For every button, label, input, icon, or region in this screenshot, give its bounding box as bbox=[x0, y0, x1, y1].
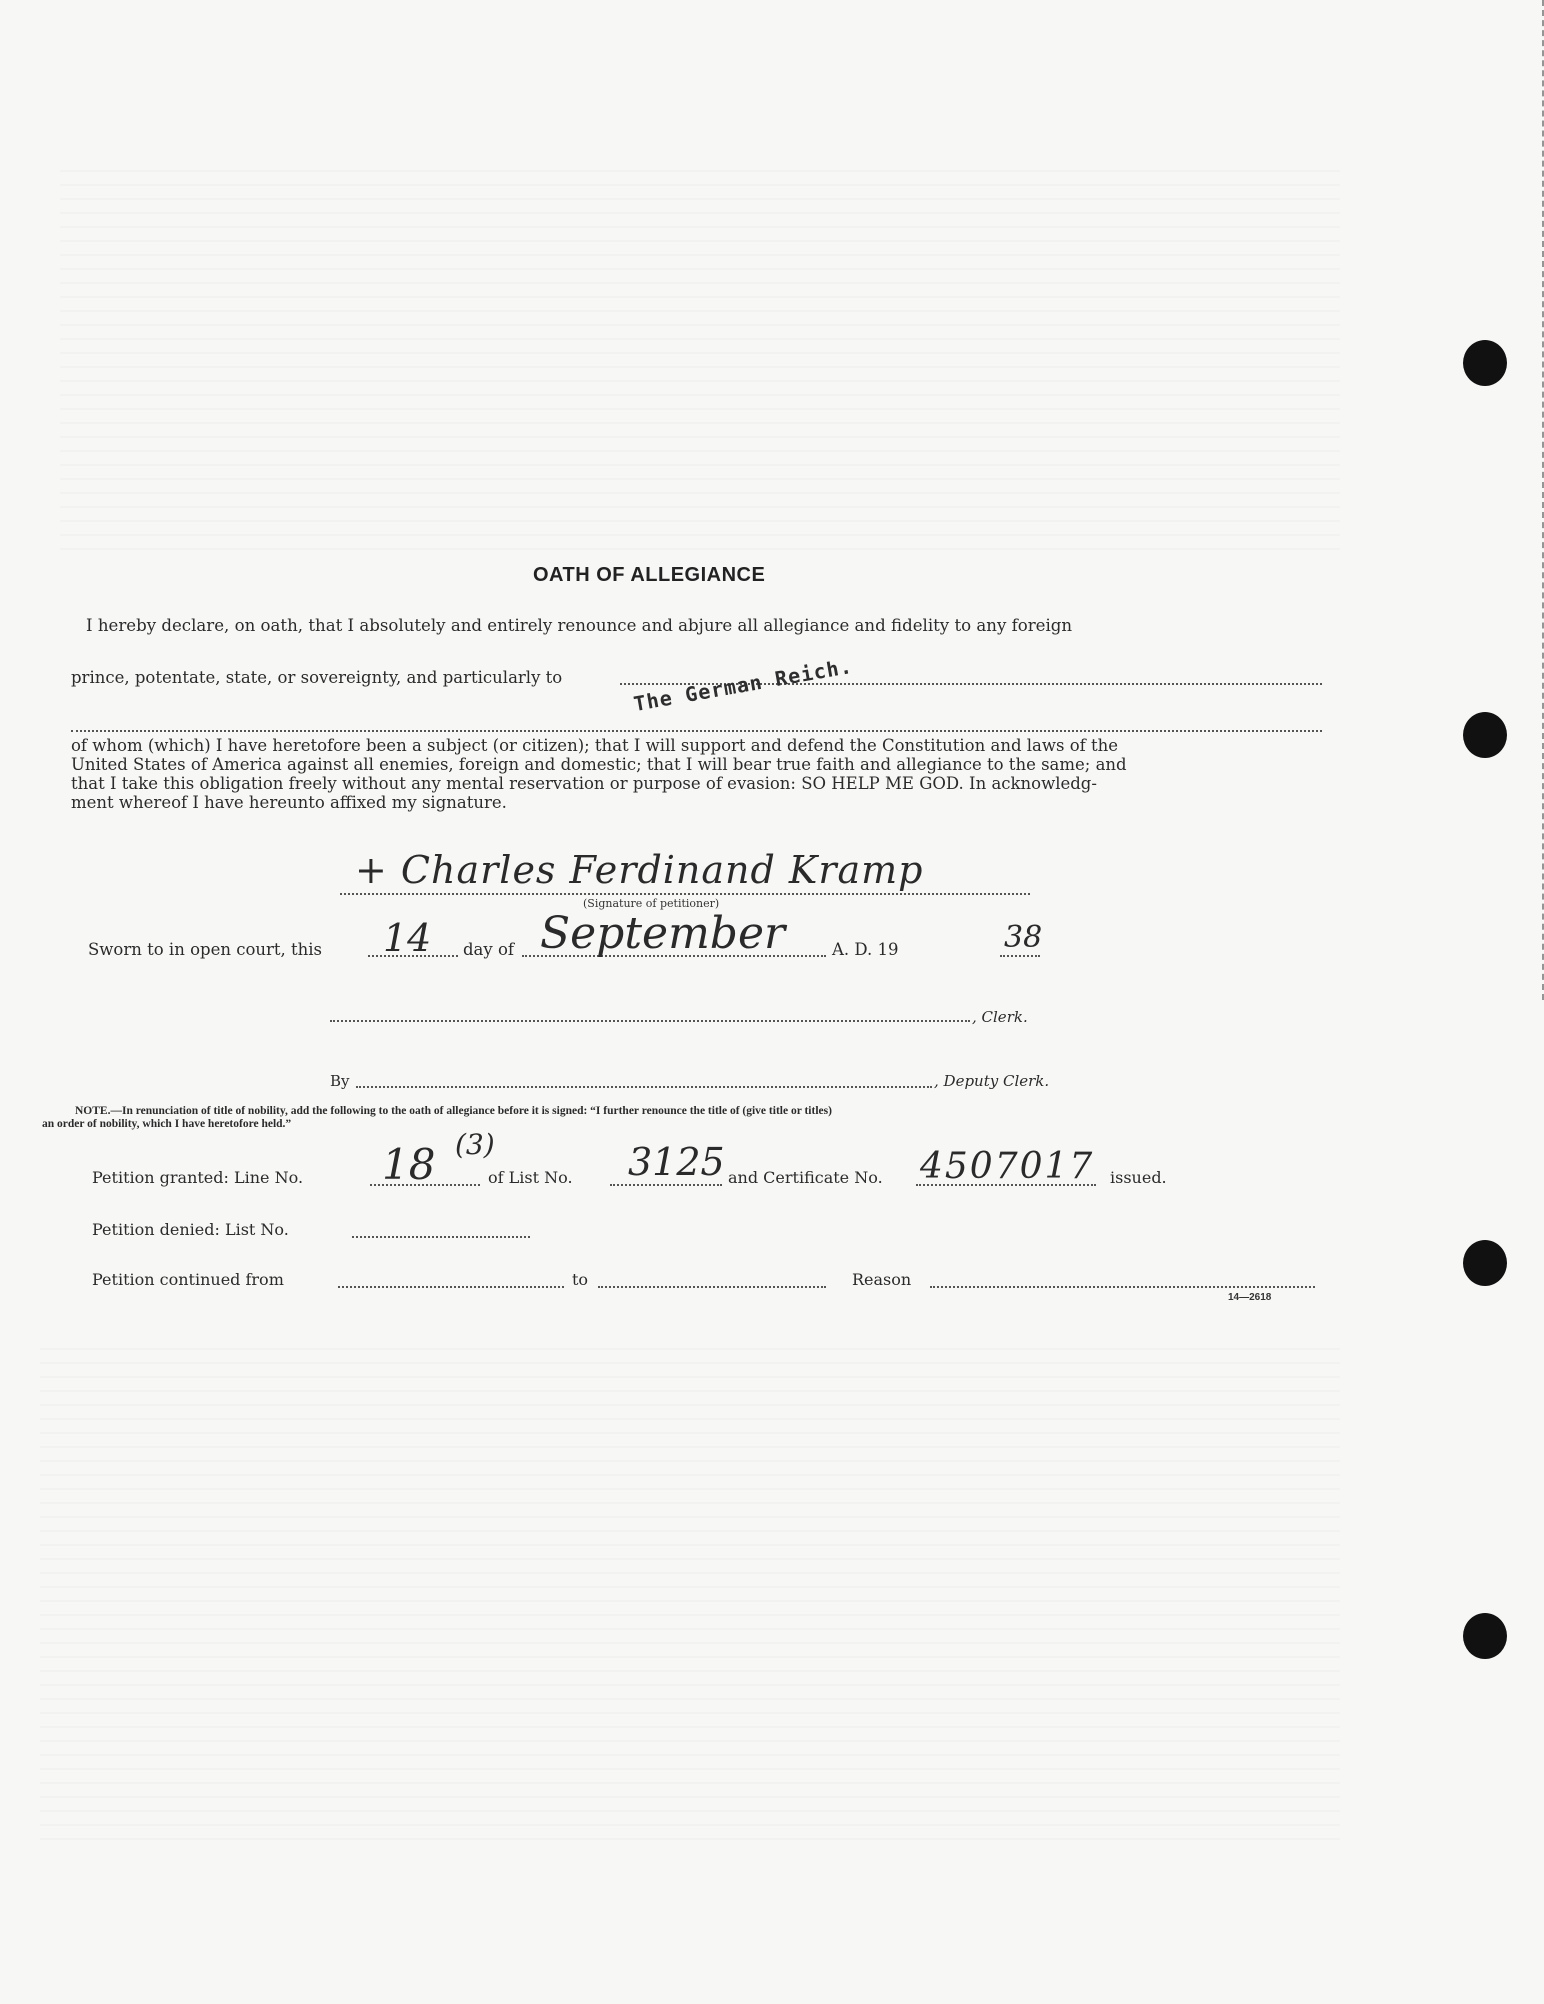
certificate-no-label: and Certificate No. bbox=[728, 1168, 883, 1187]
oath-paragraph-2-line: United States of America against all ene… bbox=[71, 755, 1127, 774]
continued-from-field bbox=[338, 1286, 564, 1288]
punch-hole bbox=[1463, 712, 1507, 758]
list-no-field bbox=[610, 1184, 722, 1186]
nobility-note-line-2: an order of nobility, which I have heret… bbox=[42, 1118, 291, 1131]
sworn-day: 14 bbox=[383, 916, 431, 960]
petition-granted-label: Petition granted: Line No. bbox=[92, 1168, 303, 1187]
certificate-no-value: 4507017 bbox=[920, 1146, 1094, 1187]
form-number: 14—2618 bbox=[1228, 1292, 1271, 1303]
continued-to-label: to bbox=[572, 1270, 588, 1289]
petition-continued-label: Petition continued from bbox=[92, 1270, 284, 1289]
sworn-month: September bbox=[540, 908, 785, 959]
bleed-through-bottom bbox=[40, 1340, 1340, 1840]
day-of-label: day of bbox=[463, 940, 514, 959]
list-no-value: 3125 bbox=[628, 1140, 725, 1184]
oath-paragraph-2: of whom (which) I have heretofore been a… bbox=[71, 736, 1127, 812]
sovereign-field-line-2 bbox=[71, 730, 1322, 732]
sworn-year-suffix: 38 bbox=[1004, 920, 1042, 955]
by-label: By bbox=[330, 1072, 350, 1091]
continued-to-field bbox=[598, 1286, 826, 1288]
signature-line bbox=[340, 893, 1030, 895]
reason-field bbox=[930, 1286, 1315, 1288]
punch-hole bbox=[1463, 1240, 1507, 1286]
punch-hole bbox=[1463, 340, 1507, 386]
oath-paragraph-2-line: of whom (which) I have heretofore been a… bbox=[71, 736, 1127, 755]
clerk-label: , Clerk. bbox=[972, 1008, 1028, 1027]
oath-line-1: I hereby declare, on oath, that I absolu… bbox=[86, 616, 1072, 635]
page-edge bbox=[1538, 0, 1544, 1000]
issued-label: issued. bbox=[1110, 1168, 1167, 1187]
oath-line-2: prince, potentate, state, or sovereignty… bbox=[71, 668, 562, 687]
deputy-clerk-line bbox=[356, 1086, 932, 1088]
line-no-value: 18 bbox=[382, 1140, 435, 1189]
petition-denied-label: Petition denied: List No. bbox=[92, 1220, 289, 1239]
ad-label: A. D. 19 bbox=[832, 940, 899, 959]
sworn-prefix: Sworn to in open court, this bbox=[88, 940, 322, 959]
page-title: OATH OF ALLEGIANCE bbox=[533, 564, 765, 587]
bleed-through-top bbox=[60, 170, 1340, 550]
deputy-clerk-label: , Deputy Clerk. bbox=[934, 1072, 1049, 1091]
year-field-line bbox=[1000, 955, 1040, 957]
oath-paragraph-2-line: ment whereof I have hereunto affixed my … bbox=[71, 793, 1127, 812]
clerk-signature-line bbox=[330, 1020, 970, 1022]
nobility-note-line-1: NOTE.—In renunciation of title of nobili… bbox=[75, 1105, 832, 1118]
line-no-annotation: (3) bbox=[455, 1128, 495, 1161]
petitioner-signature: + Charles Ferdinand Kramp bbox=[355, 848, 924, 892]
list-no-label: of List No. bbox=[488, 1168, 573, 1187]
oath-paragraph-2-line: that I take this obligation freely witho… bbox=[71, 774, 1127, 793]
reason-label: Reason bbox=[852, 1270, 911, 1289]
denied-list-no-field bbox=[352, 1236, 530, 1238]
punch-hole bbox=[1463, 1613, 1507, 1659]
